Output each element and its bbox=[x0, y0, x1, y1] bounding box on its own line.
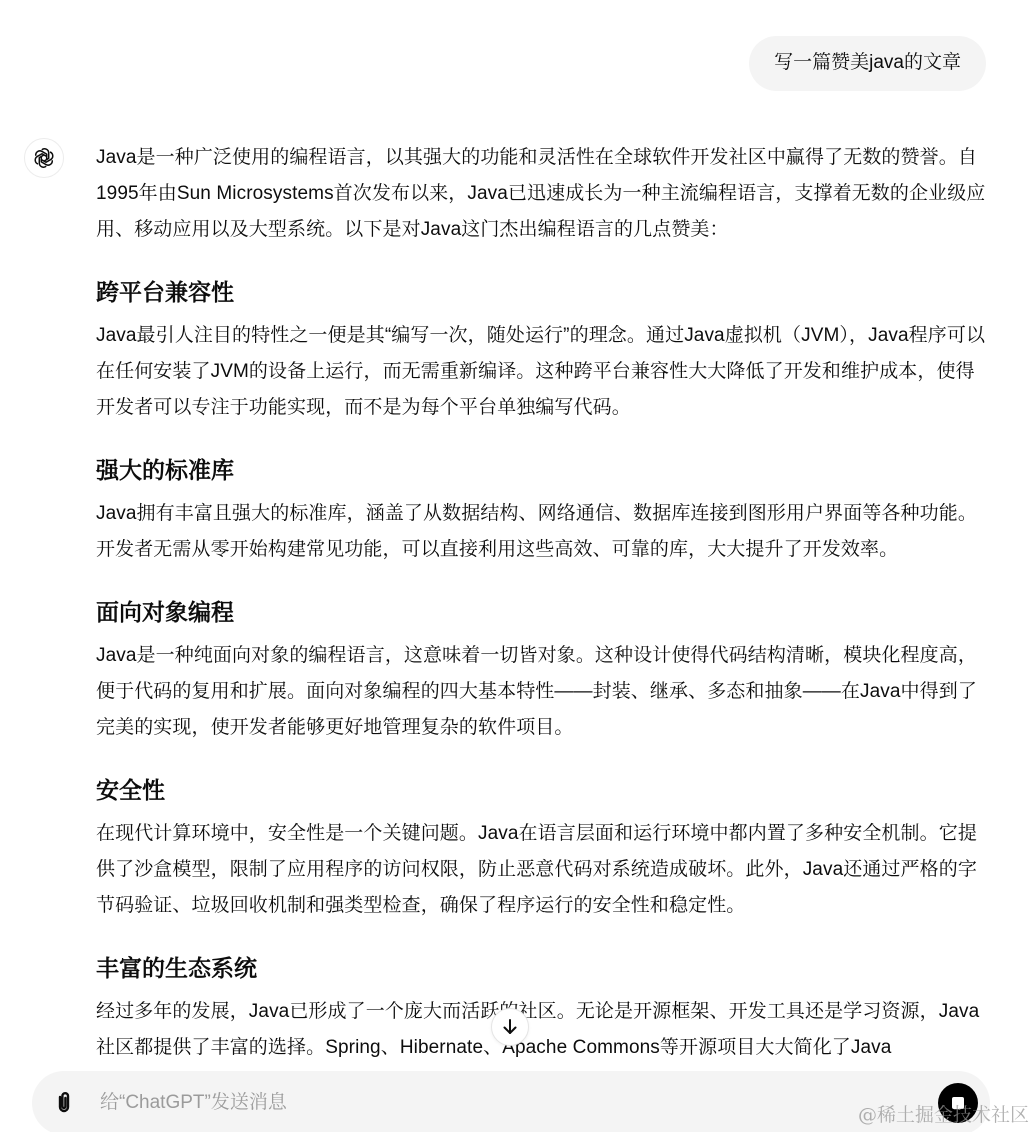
message-input[interactable] bbox=[98, 1091, 990, 1115]
section-body: 经过多年的发展，Java已形成了一个庞大而活跃的社区。无论是开源框架、开发工具还… bbox=[96, 994, 986, 1066]
section-heading: 丰富的生态系统 bbox=[96, 952, 986, 984]
paperclip-icon bbox=[52, 1090, 76, 1116]
arrow-down-icon bbox=[500, 1017, 520, 1037]
assistant-message-content: Java是一种广泛使用的编程语言，以其强大的功能和灵活性在全球软件开发社区中赢得… bbox=[96, 138, 986, 1066]
openai-logo-icon bbox=[32, 146, 56, 170]
chat-page: 写一篇赞美java的文章 Java是一种广泛使用的编程语言，以其强大的功能和灵活… bbox=[0, 0, 1035, 1132]
user-message-row: 写一篇赞美java的文章 bbox=[749, 36, 986, 91]
section-heading: 跨平台兼容性 bbox=[96, 276, 986, 308]
section-body: Java是一种纯面向对象的编程语言，这意味着一切皆对象。这种设计使得代码结构清晰… bbox=[96, 638, 986, 746]
attach-file-button[interactable] bbox=[44, 1083, 84, 1123]
assistant-avatar bbox=[24, 138, 64, 178]
section-body: Java拥有丰富且强大的标准库，涵盖了从数据结构、网络通信、数据库连接到图形用户… bbox=[96, 496, 986, 568]
intro-paragraph: Java是一种广泛使用的编程语言，以其强大的功能和灵活性在全球软件开发社区中赢得… bbox=[96, 140, 986, 248]
user-message-bubble: 写一篇赞美java的文章 bbox=[749, 36, 986, 91]
scroll-to-bottom-button[interactable] bbox=[491, 1008, 529, 1046]
section-body: 在现代计算环境中，安全性是一个关键问题。Java在语言层面和运行环境中都内置了多… bbox=[96, 816, 986, 924]
stop-generating-button[interactable] bbox=[938, 1083, 978, 1123]
message-composer bbox=[32, 1071, 990, 1132]
section-body: Java最引人注目的特性之一便是其“编写一次，随处运行”的理念。通过Java虚拟… bbox=[96, 318, 986, 426]
section-heading: 强大的标准库 bbox=[96, 454, 986, 486]
section-heading: 面向对象编程 bbox=[96, 596, 986, 628]
stop-icon bbox=[952, 1097, 964, 1109]
section-heading: 安全性 bbox=[96, 774, 986, 806]
